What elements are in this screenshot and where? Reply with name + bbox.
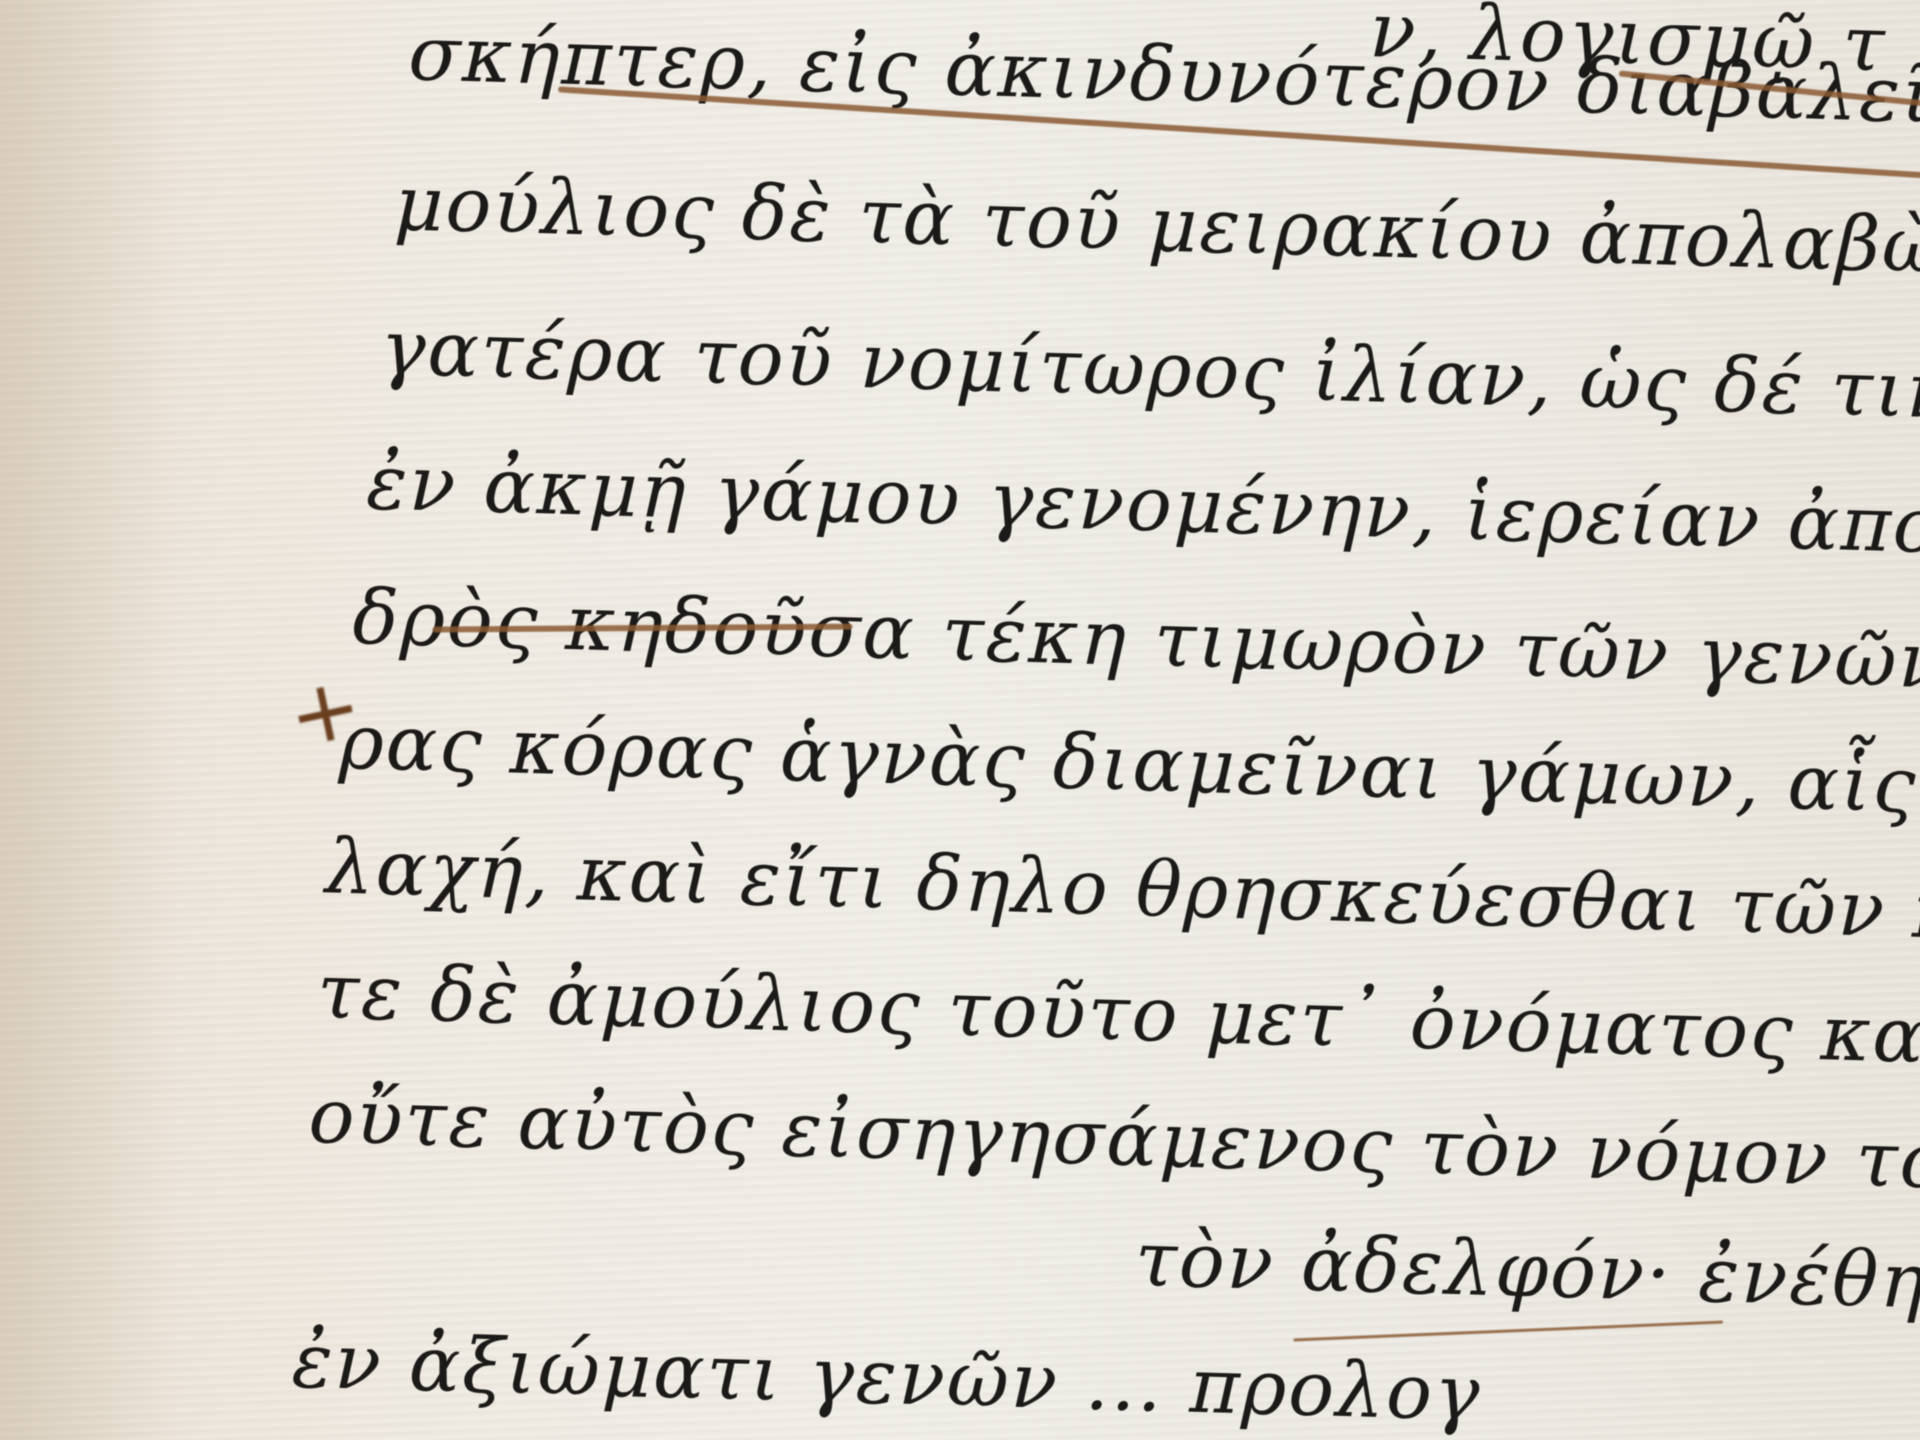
underline-adelphon (1293, 1321, 1723, 1342)
manuscript-text-block: ν, λογισμῷ τ σκήπτερ, εἰς ἀκινδυνότερον … (470, 0, 1920, 45)
manuscript-line-9: οὔτε αὐτὸς εἰσηγησάμενος τὸν νόμον τόνδε… (308, 1071, 1920, 1215)
manuscript-line-6: ρας κόρας ἁγνὰς διαμεῖναι γάμων, αἷς δ (338, 697, 1920, 832)
manuscript-line-8: τε δὲ ἀμούλιος τοῦτο μετ᾽ ὀνόματος καλῶν… (316, 946, 1920, 1089)
manuscript-line-10: τὸν ἀδελφόν· ἐνέθη τὸ (1134, 1214, 1920, 1328)
manuscript-line-2: μούλιος δὲ τὰ τοῦ μειρακίου ἀπολαβὼν (393, 158, 1920, 292)
manuscript-page: + ν, λογισμῷ τ σκήπτερ, εἰς ἀκινδυνότερο… (0, 0, 1920, 1440)
manuscript-line-3: γατέρα τοῦ νομίτωρος ἰλίαν, ὡς δέ τινες … (379, 303, 1920, 440)
manuscript-line-4: ἐν ἀκμῇ γάμου γενομένην, ἱερείαν ἀπο (365, 437, 1920, 570)
manuscript-line-5: δρὸς κηδοῦσα τέκη τιμωρὸν τῶν γενῶν. πεν… (351, 572, 1920, 712)
manuscript-line-7: λαχή, καὶ εἴτι δηλο θρησκεύεσθαι τῶν κοι… (325, 821, 1920, 962)
manuscript-line-11: ἐν ἀξιώματι γενῶν ... προλογ (291, 1316, 1483, 1438)
